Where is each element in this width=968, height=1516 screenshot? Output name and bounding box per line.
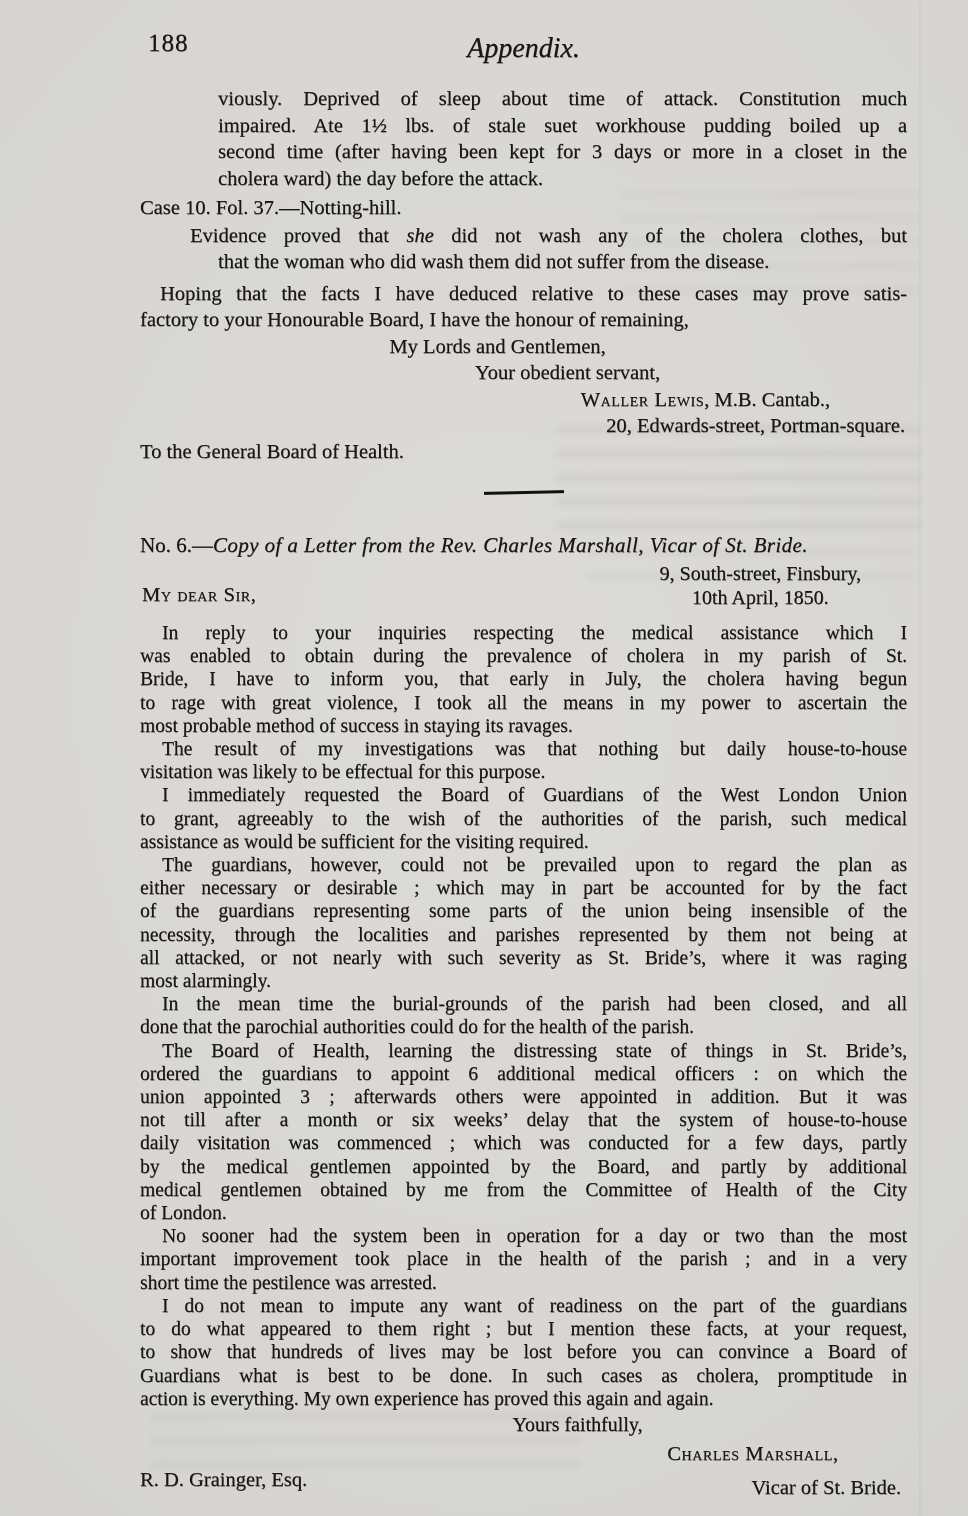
signer-comma: , — [833, 1443, 838, 1465]
letter-footer-row: R. D. Grainger, Esq. Vicar of St. Bride. — [140, 1467, 907, 1501]
text-line: impaired. Ate 1½ lbs. of stale suet work… — [218, 113, 907, 140]
text-line: Bride, I have to inform you, that early … — [140, 668, 907, 691]
signer-credentials: , M.B. Cantab., — [704, 389, 830, 411]
text-line: by the medical gentlemen appointed by th… — [140, 1156, 907, 1179]
signature-name: Charles Marshall, — [140, 1441, 907, 1467]
text-line: In the mean time the burial-grounds of t… — [140, 993, 907, 1016]
text-line: cholera ward) the day before the attack. — [218, 166, 907, 193]
section-divider — [483, 490, 563, 495]
text-line: daily visitation was commenced ; which w… — [140, 1132, 907, 1155]
letter-opening-block: 9, South-street, Finsbury, 10th April, 1… — [140, 564, 907, 620]
text-line: The Board of Health, learning the distre… — [140, 1040, 907, 1063]
evidence-paragraph: Evidence proved that she did not wash an… — [218, 223, 907, 276]
evidence-emphasis: she — [406, 225, 433, 247]
text-line: of the guardians representing some parts… — [140, 900, 907, 923]
text-line: The guardians, however, could not be pre… — [140, 854, 907, 877]
text-line: done that the parochial authorities coul… — [140, 1016, 907, 1039]
letter-paragraph: I immediately requested the Board of Gua… — [140, 784, 907, 854]
letter-addressee: R. D. Grainger, Esq. — [140, 1467, 307, 1501]
text-line: necessity, through the localities and pa… — [140, 924, 907, 947]
text-line: action is everything. My own experience … — [140, 1388, 907, 1411]
evidence-line: Evidence proved that she did not wash an… — [218, 223, 907, 250]
signer-smallcaps: Waller Lewis — [581, 389, 705, 411]
text-line: visitation was likely to be effectual fo… — [140, 761, 907, 784]
text-line: union appointed 3 ; afterwards others we… — [140, 1086, 907, 1109]
closing-paragraph: Hoping that the facts I have deduced rel… — [140, 281, 907, 334]
text-line: I do not mean to impute any want of read… — [140, 1295, 907, 1318]
text-line: either necessary or desirable ; which ma… — [140, 877, 907, 900]
text-line: Hoping that the facts I have deduced rel… — [140, 281, 907, 308]
sender-address: 9, South-street, Finsbury, 10th April, 1… — [660, 562, 861, 610]
letter-body: In reply to your inquiries respecting th… — [140, 622, 907, 1411]
letter-marshall: No. 6.—Copy of a Letter from the Rev. Ch… — [140, 532, 907, 1501]
letter-title: Copy of a Letter from the Rev. Charles M… — [213, 533, 808, 557]
letter-paragraph: I do not mean to impute any want of read… — [140, 1295, 907, 1411]
letter-paragraph: In reply to your inquiries respecting th… — [140, 622, 907, 738]
letter-paragraph: The guardians, however, could not be pre… — [140, 854, 907, 993]
salutation: My dear Sir, — [142, 584, 256, 607]
date-line: 10th April, 1850. — [660, 586, 861, 610]
letter-paragraph: No sooner had the system been in operati… — [140, 1225, 907, 1295]
letter-number: No. 6.— — [140, 533, 213, 557]
text-line: medical gentlemen obtained by me from th… — [140, 1179, 907, 1202]
valediction-line: Yours faithfully, — [140, 1413, 907, 1438]
text-line: Guardians what is best to be done. In su… — [140, 1365, 907, 1388]
text-line: was enabled to obtain during the prevale… — [140, 645, 907, 668]
evidence-text: Evidence proved that — [190, 225, 406, 247]
valediction-line: Your obedient servant, — [140, 360, 907, 387]
text-line: to rage with great violence, I took all … — [140, 692, 907, 715]
evidence-line: that the woman who did wash them did not… — [218, 249, 907, 276]
text-line: to show that hundreds of lives may be lo… — [140, 1341, 907, 1364]
letter-paragraph: The Board of Health, learning the distre… — [140, 1040, 907, 1226]
text-line: most probable method of success in stayi… — [140, 715, 907, 738]
letter-heading: No. 6.—Copy of a Letter from the Rev. Ch… — [140, 532, 907, 558]
letter-addressee: To the General Board of Health. — [140, 439, 907, 466]
signature-address: 20, Edwards-street, Portman-square. — [140, 413, 907, 440]
scanned-book-page: 188 Appendix. viously. Deprived of sleep… — [0, 0, 968, 1516]
text-line: of London. — [140, 1202, 907, 1225]
signer-title: Vicar of St. Bride. — [751, 1475, 907, 1501]
text-line: second time (after having been kept for … — [218, 139, 907, 166]
text-line: to grant, agreeably to the wish of the a… — [140, 808, 907, 831]
address-line: 9, South-street, Finsbury, — [660, 562, 861, 586]
case-continuation-paragraph: viously. Deprived of sleep about time of… — [218, 86, 907, 192]
text-line: I immediately requested the Board of Gua… — [140, 784, 907, 807]
text-line: The result of my investigations was that… — [140, 738, 907, 761]
text-line: No sooner had the system been in operati… — [140, 1225, 907, 1248]
signer-smallcaps: Charles Marshall — [667, 1443, 833, 1465]
evidence-text: did not wash any of the cholera clothes,… — [434, 225, 907, 247]
text-line: viously. Deprived of sleep about time of… — [218, 86, 907, 113]
text-line: factory to your Honourable Board, I have… — [140, 307, 907, 334]
text-line: to do what appeared to them right ; but … — [140, 1318, 907, 1341]
letter-paragraph: In the mean time the burial-grounds of t… — [140, 993, 907, 1039]
text-line: most alarmingly. — [140, 970, 907, 993]
text-line: In reply to your inquiries respecting th… — [140, 622, 907, 645]
text-line: important improvement took place in the … — [140, 1248, 907, 1271]
valediction-line: My Lords and Gentlemen, — [140, 334, 907, 361]
letter-paragraph: The result of my investigations was that… — [140, 738, 907, 784]
running-head: Appendix. — [140, 0, 907, 66]
text-line: short time the pestilence was arrested. — [140, 1272, 907, 1295]
letter-lewis: viously. Deprived of sleep about time of… — [140, 86, 907, 465]
text-line: ordered the guardians to appoint 6 addit… — [140, 1063, 907, 1086]
case-heading: Case 10. Fol. 37.—Notting-hill. — [140, 195, 907, 222]
signature-name: Waller Lewis, M.B. Cantab., — [140, 387, 907, 414]
text-line: not till after a month or six weeks’ del… — [140, 1109, 907, 1132]
text-line: assistance as would be sufficient for th… — [140, 831, 907, 854]
text-line: all attacked, or not nearly with such se… — [140, 947, 907, 970]
